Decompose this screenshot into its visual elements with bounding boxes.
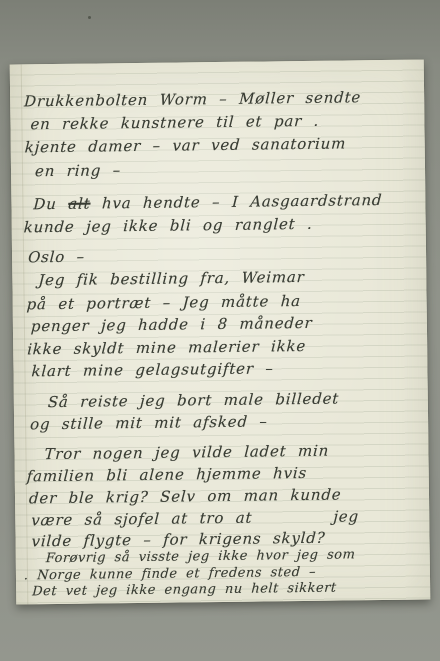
- handwritten-line: kjente damer – var ved sanatorium: [24, 134, 347, 157]
- line-text: hva hendte – I Aasgaardstrand: [90, 191, 383, 213]
- dust-speck: [88, 16, 91, 19]
- handwritten-line: familien bli alene hjemme hvis: [26, 464, 307, 486]
- handwritten-line: der ble krig? Selv om man kunde: [28, 486, 342, 509]
- handwritten-line: Så reiste jeg bort male billedet: [47, 390, 339, 413]
- handwritten-line: klart mine gelagsutgifter –: [31, 359, 274, 381]
- handwritten-line: og stille mit mit afsked –: [30, 412, 269, 434]
- handwritten-line: være så sjofel at tro at jeg: [31, 507, 360, 530]
- handwritten-line: på et portræt – Jeg måtte ha: [26, 292, 301, 314]
- handwritten-line: Du alt hva hendte – I Aasgaardstrand: [33, 191, 383, 214]
- handwritten-line: Tror nogen jeg vilde ladet min: [44, 442, 330, 464]
- handwritten-line: Jeg fik bestilling fra, Weimar: [38, 268, 305, 290]
- manuscript-photo: Drukkenbolten Worm – Møller sendte en re…: [0, 0, 440, 661]
- handwritten-line: kunde jeg ikke bli og ranglet .: [23, 215, 313, 238]
- line-text: Du: [33, 195, 69, 213]
- handwritten-line: penger jeg hadde i 8 måneder: [30, 314, 313, 336]
- handwritten-line: ikke skyldt mine malerier ikke: [27, 337, 307, 359]
- handwritten-line: Oslo –: [28, 248, 86, 268]
- handwritten-line: en rekke kunstnere til et par .: [30, 112, 320, 135]
- letter-page: Drukkenbolten Worm – Møller sendte en re…: [10, 59, 431, 604]
- handwritten-line: Drukkenbolten Worm – Møller sendte: [24, 88, 362, 111]
- crossed-out-word: alt: [68, 195, 91, 213]
- handwritten-line: Det vet jeg ikke engang nu helt sikkert: [32, 581, 337, 601]
- handwritten-line: en ring –: [34, 161, 121, 181]
